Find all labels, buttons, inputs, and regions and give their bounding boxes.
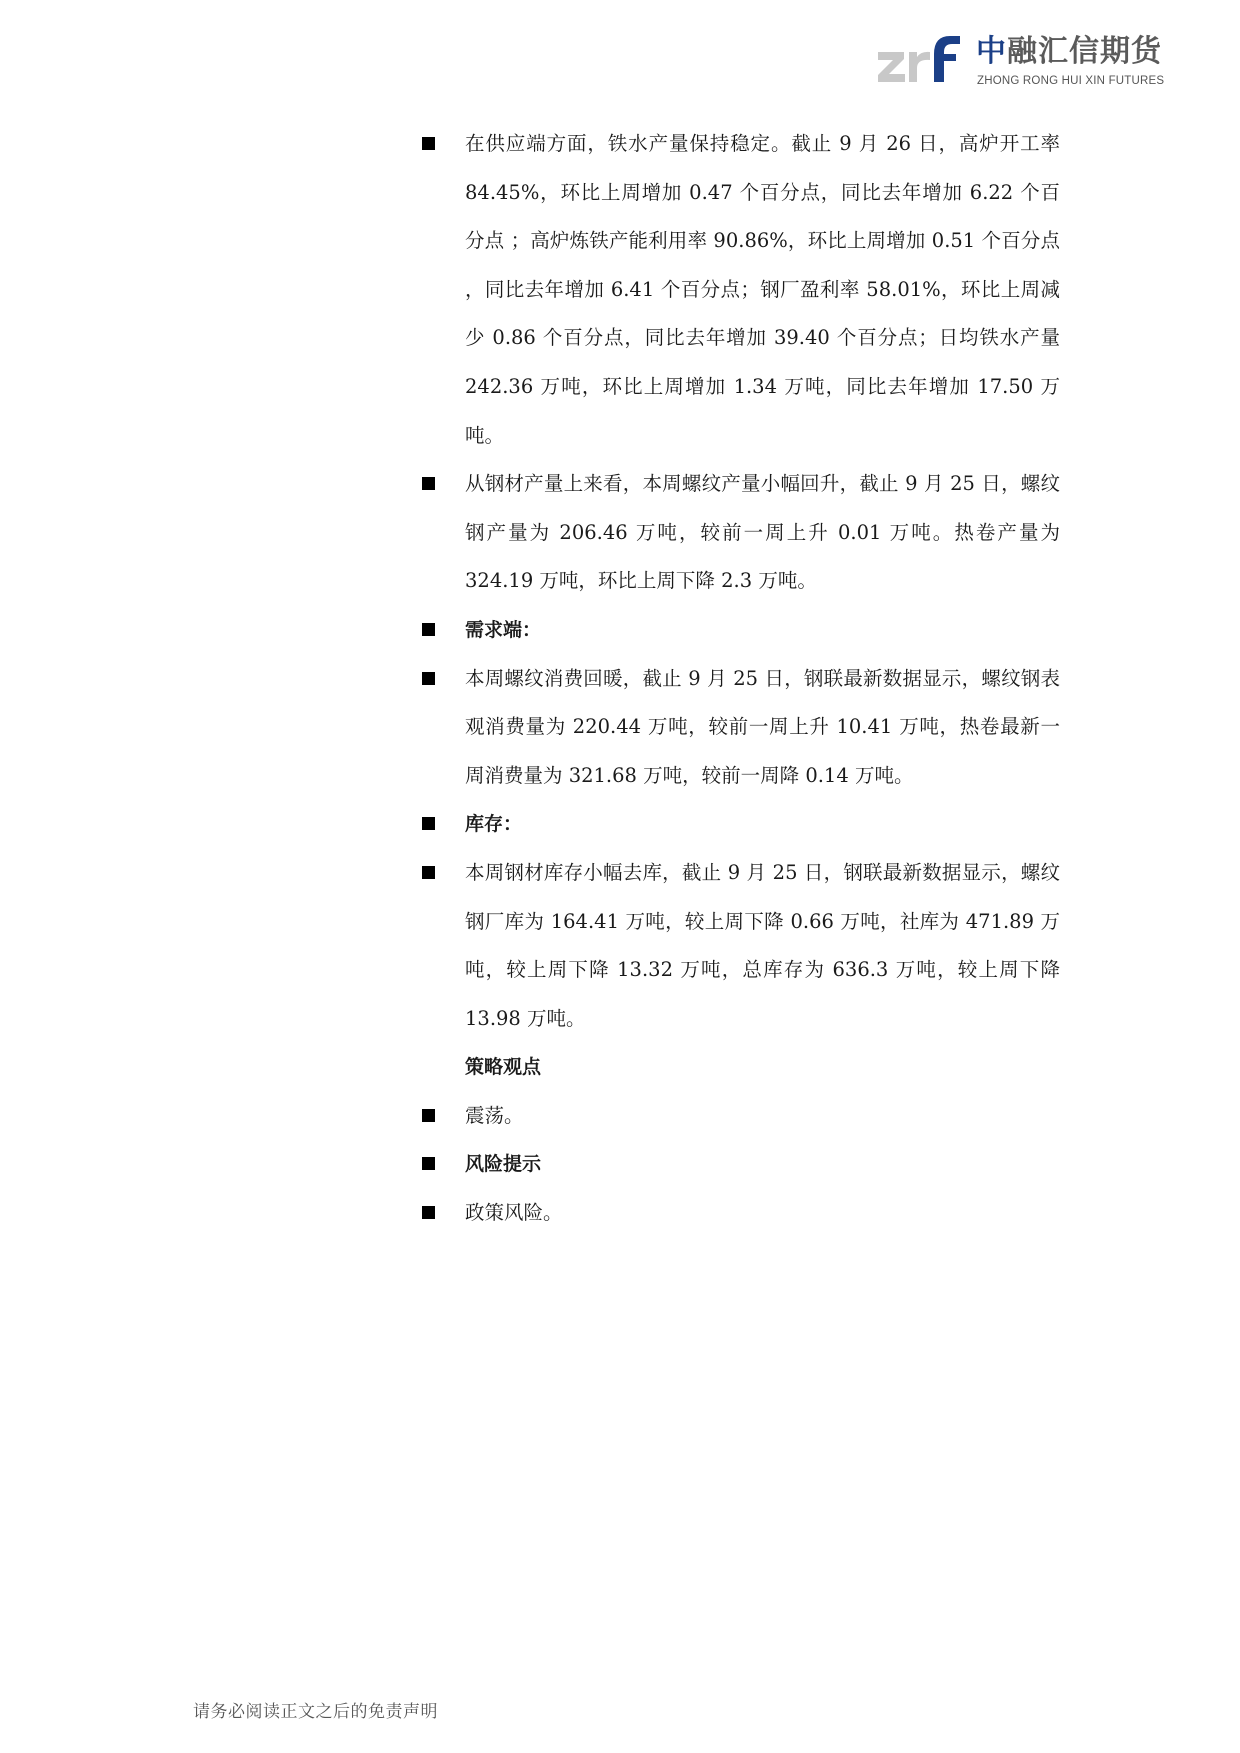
- paragraph-demand: 本周螺纹消费回暖，截止 9 月 25 日，钢联最新数据显示，螺纹钢表观消费量为 …: [420, 655, 1060, 801]
- paragraph-steel-output: 从钢材产量上来看，本周螺纹产量小幅回升，截止 9 月 25 日，螺纹钢产量为 2…: [420, 460, 1060, 606]
- paragraph-text: 本周螺纹消费回暖，截止 9 月 25 日，钢联最新数据显示，螺纹钢表观消费量为 …: [465, 667, 1060, 787]
- heading-risk: 风险提示: [420, 1140, 1060, 1189]
- paragraph-risk: 政策风险。: [420, 1189, 1060, 1238]
- logo-chinese-name: 中融汇信期货: [976, 36, 1162, 68]
- square-bullet-icon: [422, 672, 435, 685]
- document-body: 在供应端方面，铁水产量保持稳定。截止 9 月 26 日，高炉开工率 84.45%…: [420, 120, 1060, 1238]
- logo-english-name: ZHONG RONG HUI XIN FUTURES: [977, 75, 1164, 87]
- paragraph-supply: 在供应端方面，铁水产量保持稳定。截止 9 月 26 日，高炉开工率 84.45%…: [420, 120, 1060, 460]
- square-bullet-icon: [422, 866, 435, 879]
- logo-cn-rest: 融汇信期货: [1007, 34, 1162, 69]
- paragraph-text: 在供应端方面，铁水产量保持稳定。截止 9 月 26 日，高炉开工率 84.45%…: [465, 132, 1060, 447]
- paragraph-text: 从钢材产量上来看，本周螺纹产量小幅回升，截止 9 月 25 日，螺纹钢产量为 2…: [465, 472, 1060, 592]
- heading-strategy: 策略观点: [420, 1043, 1060, 1092]
- section-heading: 风险提示: [465, 1153, 541, 1175]
- heading-demand: 需求端：: [420, 606, 1060, 655]
- square-bullet-icon: [422, 1157, 435, 1170]
- paragraph-text: 震荡。: [465, 1104, 524, 1127]
- section-heading: 策略观点: [465, 1056, 541, 1078]
- company-logo: 中融汇信期货 ZHONG RONG HUI XIN FUTURES: [878, 30, 1178, 94]
- paragraph-inventory: 本周钢材库存小幅去库，截止 9 月 25 日，钢联最新数据显示，螺纹钢厂库为 1…: [420, 849, 1060, 1043]
- square-bullet-icon: [422, 817, 435, 830]
- section-heading: 需求端：: [465, 619, 541, 641]
- square-bullet-icon: [422, 477, 435, 490]
- heading-inventory: 库存：: [420, 800, 1060, 849]
- square-bullet-icon: [422, 1206, 435, 1219]
- paragraph-text: 政策风险。: [465, 1201, 563, 1224]
- paragraph-text: 本周钢材库存小幅去库，截止 9 月 25 日，钢联最新数据显示，螺纹钢厂库为 1…: [465, 861, 1060, 1030]
- square-bullet-icon: [422, 623, 435, 636]
- zrf-logo-mark-icon: [878, 30, 968, 90]
- section-heading: 库存：: [465, 813, 522, 835]
- footer-disclaimer: 请务必阅读正文之后的免责声明: [193, 1697, 438, 1722]
- logo-cn-first-char: 中: [976, 34, 1007, 69]
- paragraph-strategy: 震荡。: [420, 1092, 1060, 1141]
- square-bullet-icon: [422, 1109, 435, 1122]
- square-bullet-icon: [422, 137, 435, 150]
